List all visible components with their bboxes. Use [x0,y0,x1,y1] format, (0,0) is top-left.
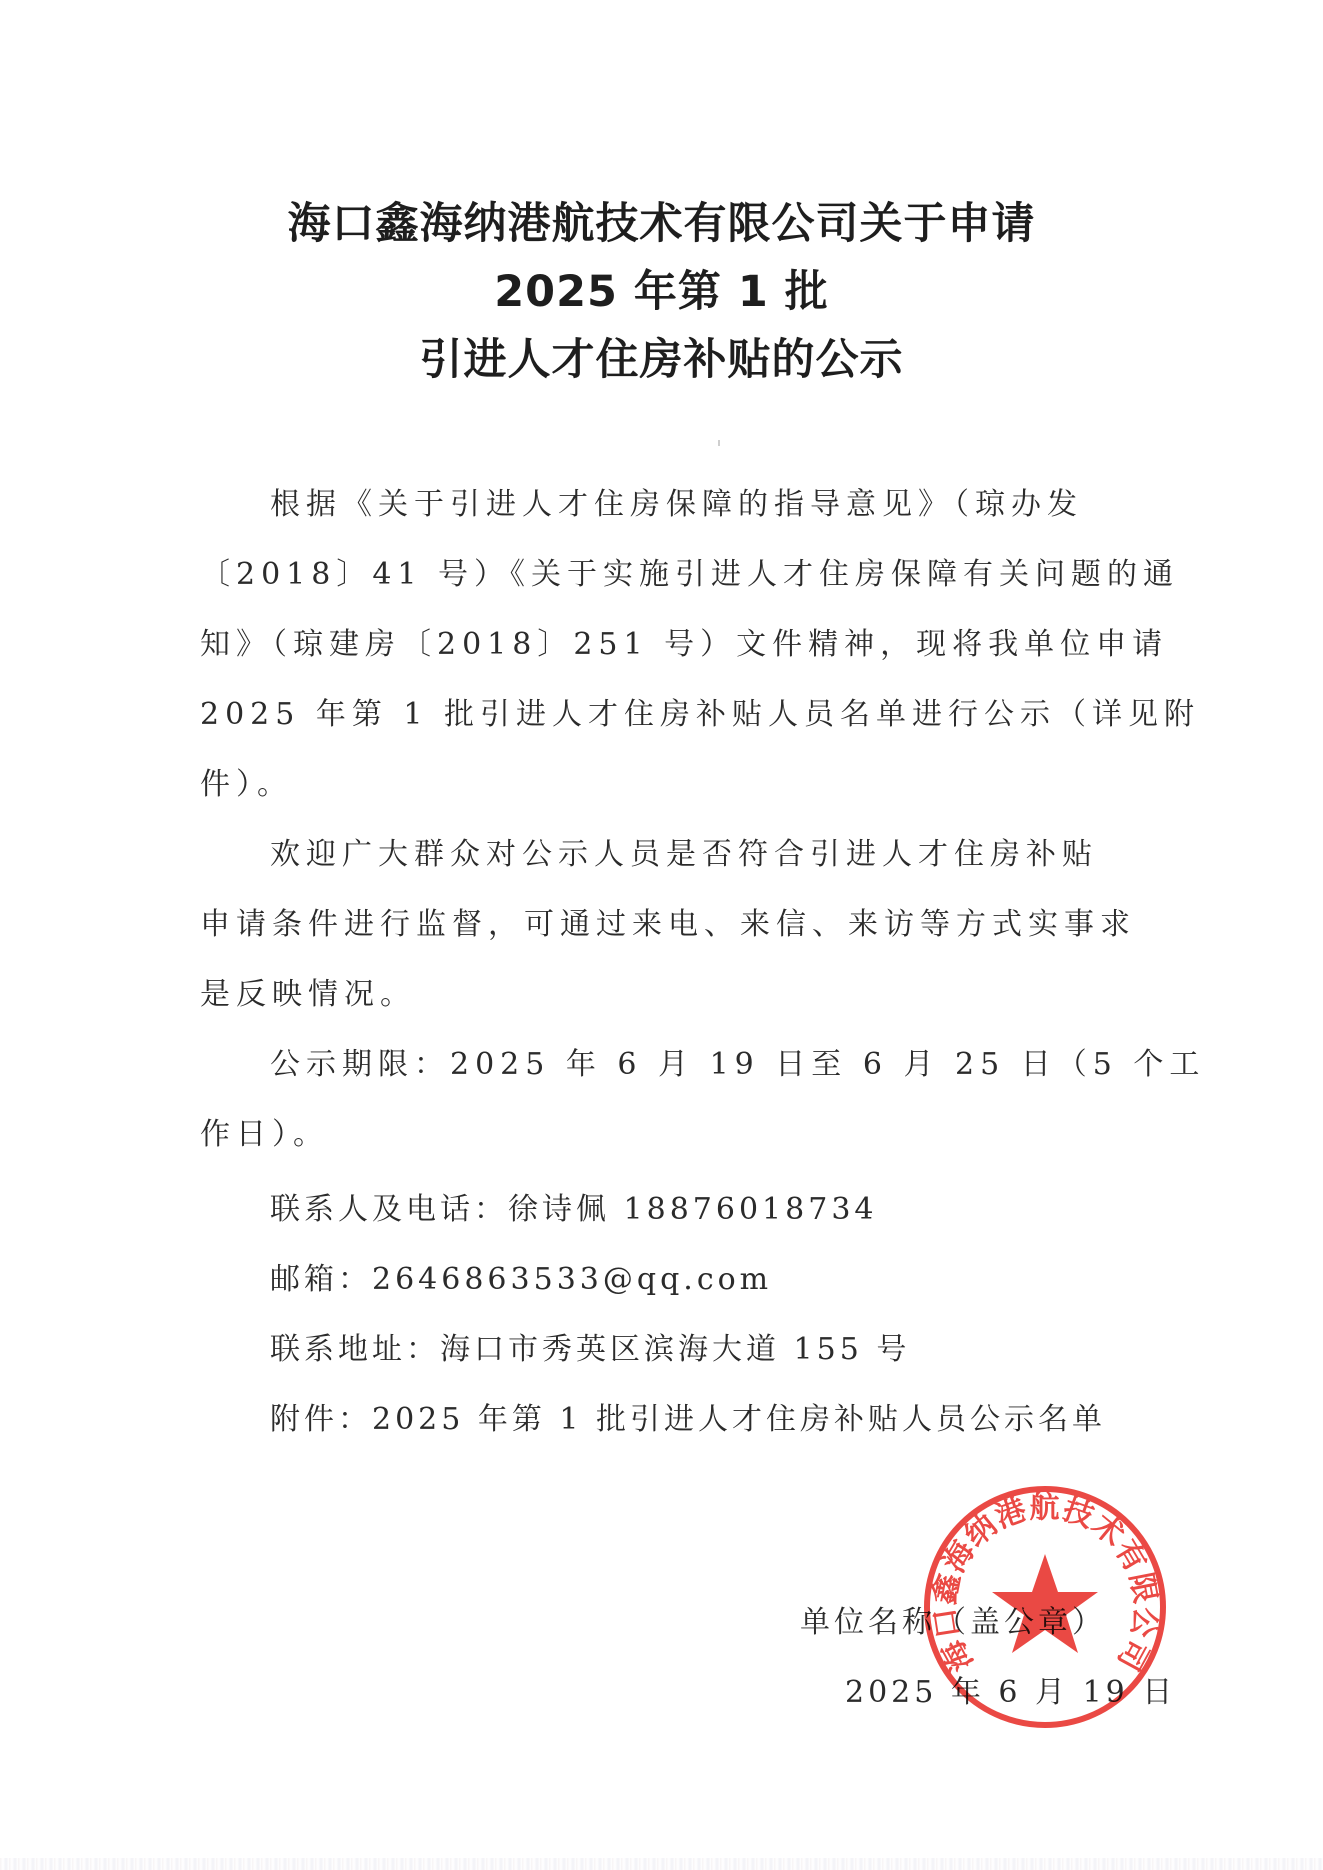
title-line-2: 2025 年第 1 批 [0,258,1323,326]
document-page: 海口鑫海纳港航技术有限公司关于申请 2025 年第 1 批 引进人才住房补贴的公… [0,0,1323,1870]
contact-email: 邮箱：2646863533@qq.com [270,1245,1106,1315]
document-body: 根据《关于引进人才住房保障的指导意见》（琼办发 〔2018〕41 号）《关于实施… [200,470,1120,1170]
body-line: 公示期限：2025 年 6 月 19 日至 6 月 25 日（5 个工 [200,1030,1120,1100]
body-line: 2025 年第 1 批引进人才住房补贴人员名单进行公示（详见附 [200,680,1120,750]
attachment-line: 附件：2025 年第 1 批引进人才住房补贴人员公示名单 [270,1385,1106,1455]
body-line: 欢迎广大群众对公示人员是否符合引进人才住房补贴 [200,820,1120,890]
scan-edge-noise [0,1858,1323,1870]
contact-block: 联系人及电话：徐诗佩 18876018734 邮箱：2646863533@qq.… [270,1175,1106,1455]
body-line: 〔2018〕41 号）《关于实施引进人才住房保障有关问题的通 [200,540,1120,610]
scan-speck [718,440,720,446]
body-line: 作日）。 [200,1100,1120,1170]
body-line: 件）。 [200,750,1120,820]
contact-person-phone: 联系人及电话：徐诗佩 18876018734 [270,1175,1106,1245]
body-line: 知》（琼建房〔2018〕251 号）文件精神，现将我单位申请 [200,610,1120,680]
body-line: 根据《关于引进人才住房保障的指导意见》（琼办发 [200,470,1120,540]
title-line-1: 海口鑫海纳港航技术有限公司关于申请 [0,190,1323,258]
paragraph-supervision: 欢迎广大群众对公示人员是否符合引进人才住房补贴 申请条件进行监督，可通过来电、来… [200,820,1120,1030]
document-title: 海口鑫海纳港航技术有限公司关于申请 2025 年第 1 批 引进人才住房补贴的公… [0,190,1323,394]
body-line: 申请条件进行监督，可通过来电、来信、来访等方式实事求 [200,890,1120,960]
contact-address: 联系地址：海口市秀英区滨海大道 155 号 [270,1315,1106,1385]
body-line: 是反映情况。 [200,960,1120,1030]
title-line-3: 引进人才住房补贴的公示 [0,326,1323,394]
official-seal-icon: 海口鑫海纳港航技术有限公司 [920,1482,1170,1732]
seal-star-icon [992,1554,1098,1653]
paragraph-basis: 根据《关于引进人才住房保障的指导意见》（琼办发 〔2018〕41 号）《关于实施… [200,470,1120,820]
paragraph-period: 公示期限：2025 年 6 月 19 日至 6 月 25 日（5 个工 作日）。 [200,1030,1120,1170]
